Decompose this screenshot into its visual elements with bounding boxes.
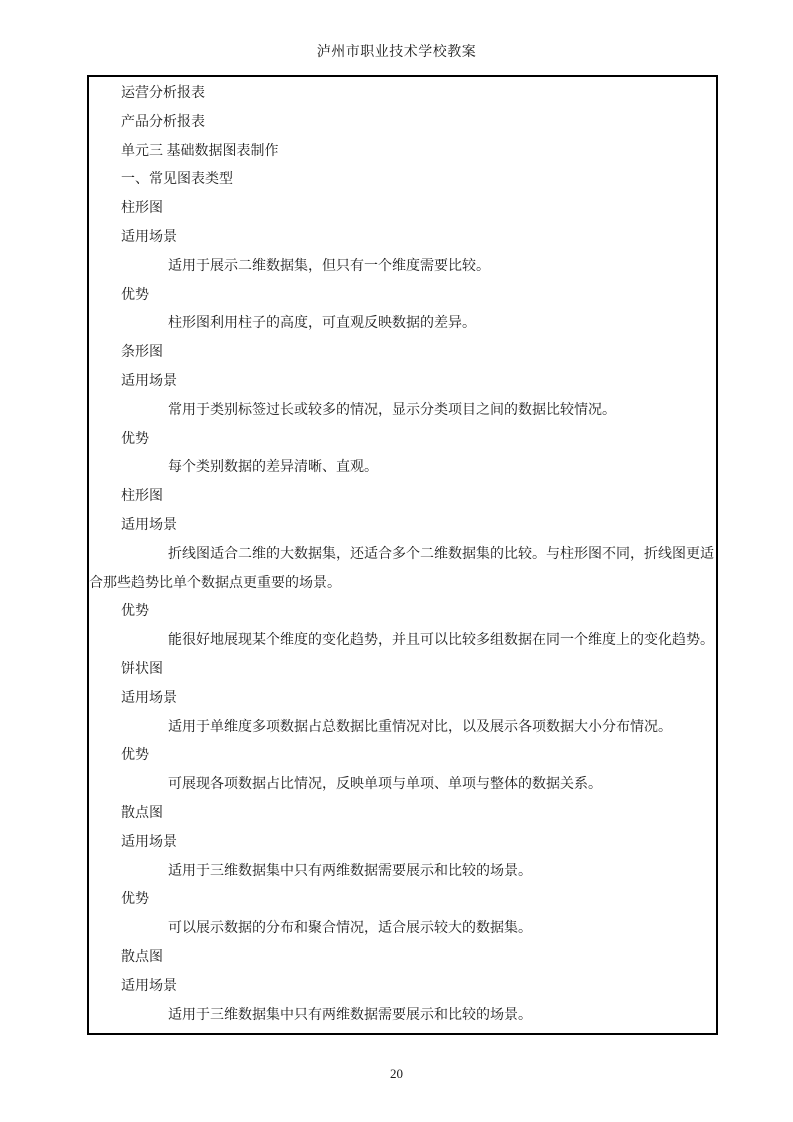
text-line: 适用场景 [89,685,716,714]
text-line: 合那些趋势比单个数据点更重要的场景。 [89,570,716,599]
page-number: 20 [0,1066,793,1082]
document-body: 运营分析报表产品分析报表单元三 基础数据图表制作一、常见图表类型柱形图适用场景适… [89,80,716,1030]
text-line: 散点图 [89,944,716,973]
text-line: 优势 [89,282,716,311]
page-header: 泸州市职业技术学校教案 [0,41,793,61]
text-line: 一、常见图表类型 [89,166,716,195]
text-line: 柱形图 [89,483,716,512]
text-line: 散点图 [89,800,716,829]
text-line: 适用场景 [89,368,716,397]
text-line: 可展现各项数据占比情况，反映单项与单项、单项与整体的数据关系。 [89,771,716,800]
text-line: 可以展示数据的分布和聚合情况，适合展示较大的数据集。 [89,915,716,944]
text-line: 适用于三维数据集中只有两维数据需要展示和比较的场景。 [89,858,716,887]
text-line: 饼状图 [89,656,716,685]
text-line: 柱形图利用柱子的高度，可直观反映数据的差异。 [89,310,716,339]
text-line: 优势 [89,742,716,771]
text-line: 适用于单维度多项数据占总数据比重情况对比，以及展示各项数据大小分布情况。 [89,714,716,743]
text-line: 适用场景 [89,973,716,1002]
text-line: 运营分析报表 [89,80,716,109]
text-line: 适用场景 [89,829,716,858]
text-line: 折线图适合二维的大数据集，还适合多个二维数据集的比较。与柱形图不同，折线图更适 [89,541,716,570]
text-line: 适用场景 [89,512,716,541]
text-line: 优势 [89,598,716,627]
text-line: 柱形图 [89,195,716,224]
text-line: 适用于三维数据集中只有两维数据需要展示和比较的场景。 [89,1002,716,1031]
text-line: 产品分析报表 [89,109,716,138]
text-line: 能很好地展现某个维度的变化趋势，并且可以比较多组数据在同一个维度上的变化趋势。 [89,627,716,656]
text-line: 每个类别数据的差异清晰、直观。 [89,454,716,483]
text-line: 单元三 基础数据图表制作 [89,138,716,167]
text-line: 适用场景 [89,224,716,253]
text-line: 优势 [89,886,716,915]
text-line: 适用于展示二维数据集，但只有一个维度需要比较。 [89,253,716,282]
text-line: 优势 [89,426,716,455]
text-line: 常用于类别标签过长或较多的情况，显示分类项目之间的数据比较情况。 [89,397,716,426]
document-page: 泸州市职业技术学校教案 运营分析报表产品分析报表单元三 基础数据图表制作一、常见… [0,0,793,1122]
text-line: 条形图 [89,339,716,368]
content-table-border: 运营分析报表产品分析报表单元三 基础数据图表制作一、常见图表类型柱形图适用场景适… [87,75,718,1035]
